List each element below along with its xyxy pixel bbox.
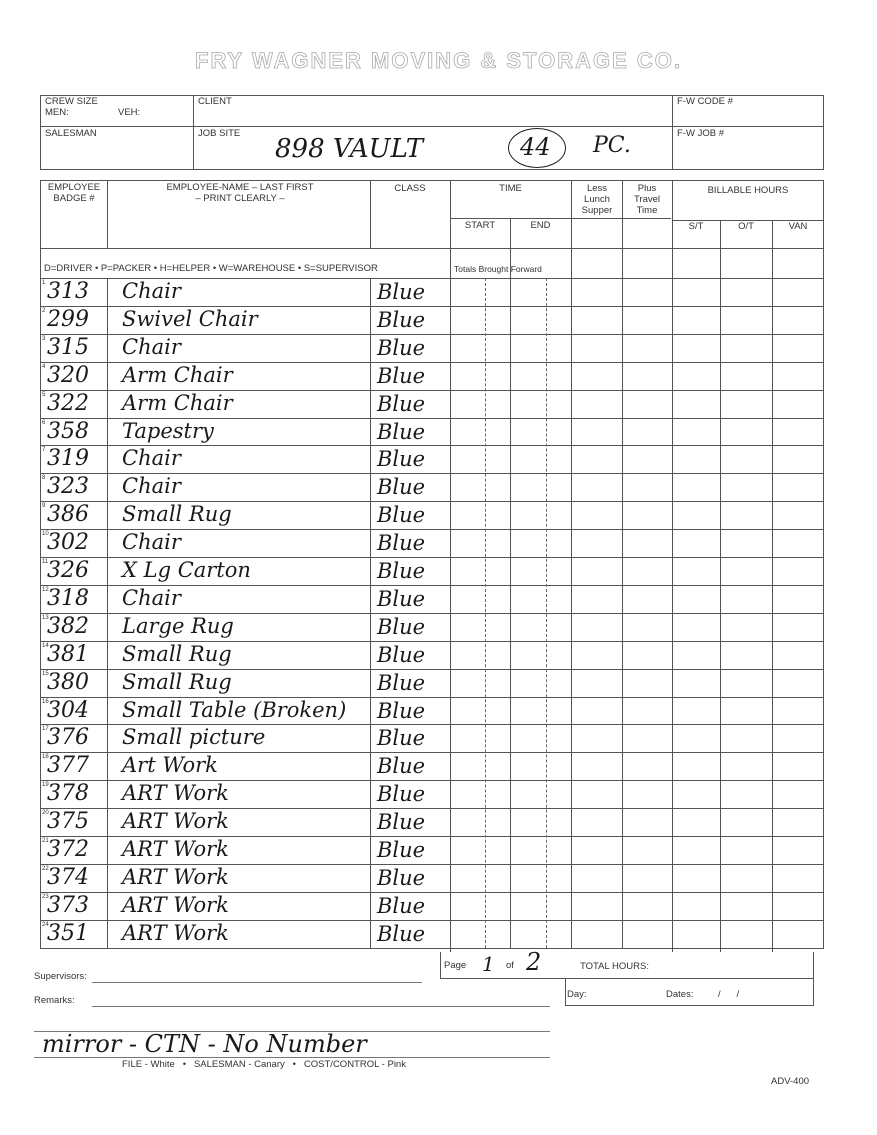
row-number: 2 — [42, 308, 45, 314]
badge-number: 319 — [47, 446, 89, 471]
item-name: Chair — [122, 474, 181, 498]
copy-distribution: FILE - White • SALESMAN - Canary • COST/… — [122, 1060, 406, 1071]
badge-number: 323 — [47, 474, 89, 499]
item-name: Small picture — [122, 725, 265, 749]
salesman-label: SALESMAN — [45, 129, 97, 140]
item-class: Blue — [377, 643, 425, 667]
col-class-header: CLASS — [370, 184, 450, 195]
job-site-value: 898 VAULT — [275, 134, 423, 164]
row-number: 1 — [42, 280, 45, 286]
badge-number: 351 — [47, 921, 89, 946]
item-name: Art Work — [122, 753, 218, 777]
badge-number: 320 — [47, 363, 89, 388]
item-name: ART Work — [122, 809, 229, 833]
badge-number: 302 — [47, 530, 89, 555]
item-name: Swivel Chair — [122, 307, 258, 331]
badge-number: 386 — [47, 502, 89, 527]
row-number: 9 — [42, 503, 45, 509]
form-id: ADV-400 — [771, 1077, 809, 1088]
col-end-header: END — [510, 221, 571, 232]
item-class: Blue — [377, 447, 425, 471]
page-total: 2 — [526, 948, 541, 976]
item-class: Blue — [377, 280, 425, 304]
day-label: Day: — [567, 990, 587, 1001]
badge-number: 381 — [47, 642, 89, 667]
piece-count: 44 — [520, 133, 551, 161]
row-number: 5 — [42, 392, 45, 398]
col-less-lunch-header: Less Lunch Supper — [576, 184, 618, 217]
item-name: Small Table (Broken) — [122, 698, 346, 722]
item-name: Small Rug — [122, 642, 232, 666]
fw-job-label: F-W JOB # — [677, 129, 724, 140]
badge-number: 373 — [47, 893, 89, 918]
item-class: Blue — [377, 754, 425, 778]
item-name: ART Work — [122, 781, 229, 805]
item-name: Small Rug — [122, 670, 232, 694]
item-class: Blue — [377, 894, 425, 918]
page-label: Page — [444, 961, 466, 972]
item-name: Chair — [122, 279, 181, 303]
col-plus-travel-header: Plus Travel Time — [625, 184, 669, 217]
col-time-header: TIME — [450, 184, 571, 195]
item-class: Blue — [377, 838, 425, 862]
job-site-label: JOB SITE — [198, 129, 240, 140]
badge-number: 358 — [47, 419, 89, 444]
item-name: ART Work — [122, 921, 229, 945]
item-class: Blue — [377, 922, 425, 946]
badge-number: 375 — [47, 809, 89, 834]
col-name-header-2: – PRINT CLEARLY – — [110, 194, 370, 205]
fw-code-label: F-W CODE # — [677, 97, 733, 108]
row-number: 4 — [42, 364, 45, 370]
item-name: ART Work — [122, 865, 229, 889]
totals-brought-forward: Totals Brought Forward — [454, 265, 542, 275]
badge-number: 380 — [47, 670, 89, 695]
row-number: 8 — [42, 475, 45, 481]
col-st-header: S/T — [672, 222, 720, 233]
item-name: Arm Chair — [122, 391, 233, 415]
item-name: X Lg Carton — [122, 558, 251, 582]
piece-unit: PC. — [593, 133, 631, 158]
item-class: Blue — [377, 866, 425, 890]
col-start-header: START — [450, 221, 510, 232]
badge-number: 313 — [47, 279, 89, 304]
item-class: Blue — [377, 531, 425, 555]
item-name: ART Work — [122, 893, 229, 917]
item-class: Blue — [377, 475, 425, 499]
item-class: Blue — [377, 503, 425, 527]
item-name: Chair — [122, 530, 181, 554]
item-name: Chair — [122, 446, 181, 470]
item-class: Blue — [377, 420, 425, 444]
badge-number: 322 — [47, 391, 89, 416]
badge-number: 372 — [47, 837, 89, 862]
item-class: Blue — [377, 671, 425, 695]
row-number: 3 — [42, 336, 45, 342]
badge-number: 315 — [47, 335, 89, 360]
item-class: Blue — [377, 726, 425, 750]
company-title: FRY WAGNER MOVING & STORAGE CO. — [0, 48, 877, 74]
item-name: Tapestry — [122, 419, 214, 443]
badge-number: 378 — [47, 781, 89, 806]
badge-number: 304 — [47, 698, 89, 723]
item-class: Blue — [377, 615, 425, 639]
client-label: CLIENT — [198, 97, 232, 108]
item-class: Blue — [377, 392, 425, 416]
item-class: Blue — [377, 810, 425, 834]
of-label: of — [506, 961, 514, 972]
men-label: MEN: — [45, 108, 69, 119]
class-legend: D=DRIVER • P=PACKER • H=HELPER • W=WAREH… — [44, 264, 378, 275]
badge-number: 318 — [47, 586, 89, 611]
item-name: Large Rug — [122, 614, 234, 638]
badge-number: 376 — [47, 725, 89, 750]
item-name: Arm Chair — [122, 363, 233, 387]
supervisors-label: Supervisors: — [34, 972, 87, 983]
dates-value: / / — [718, 990, 739, 1001]
item-class: Blue — [377, 587, 425, 611]
item-name: Chair — [122, 586, 181, 610]
item-class: Blue — [377, 364, 425, 388]
badge-number: 374 — [47, 865, 89, 890]
badge-number: 377 — [47, 753, 89, 778]
dates-label: Dates: — [666, 990, 693, 1001]
col-ot-header: O/T — [720, 222, 772, 233]
col-billable-header: BILLABLE HOURS — [672, 186, 824, 197]
item-name: Small Rug — [122, 502, 232, 526]
badge-number: 299 — [47, 307, 89, 332]
total-hours-label: TOTAL HOURS: — [580, 962, 649, 973]
item-class: Blue — [377, 559, 425, 583]
item-class: Blue — [377, 308, 425, 332]
badge-number: 326 — [47, 558, 89, 583]
col-badge-header: EMPLOYEE BADGE # — [44, 183, 104, 205]
item-class: Blue — [377, 336, 425, 360]
item-class: Blue — [377, 782, 425, 806]
row-number: 7 — [42, 447, 45, 453]
remarks-label: Remarks: — [34, 996, 75, 1007]
page-current: 1 — [482, 952, 495, 976]
badge-number: 382 — [47, 614, 89, 639]
remarks-value: mirror - CTN - No Number — [42, 1030, 367, 1058]
col-van-header: VAN — [772, 222, 824, 233]
item-name: ART Work — [122, 837, 229, 861]
item-class: Blue — [377, 699, 425, 723]
row-number: 6 — [42, 420, 45, 426]
veh-label: VEH: — [118, 108, 140, 119]
item-name: Chair — [122, 335, 181, 359]
